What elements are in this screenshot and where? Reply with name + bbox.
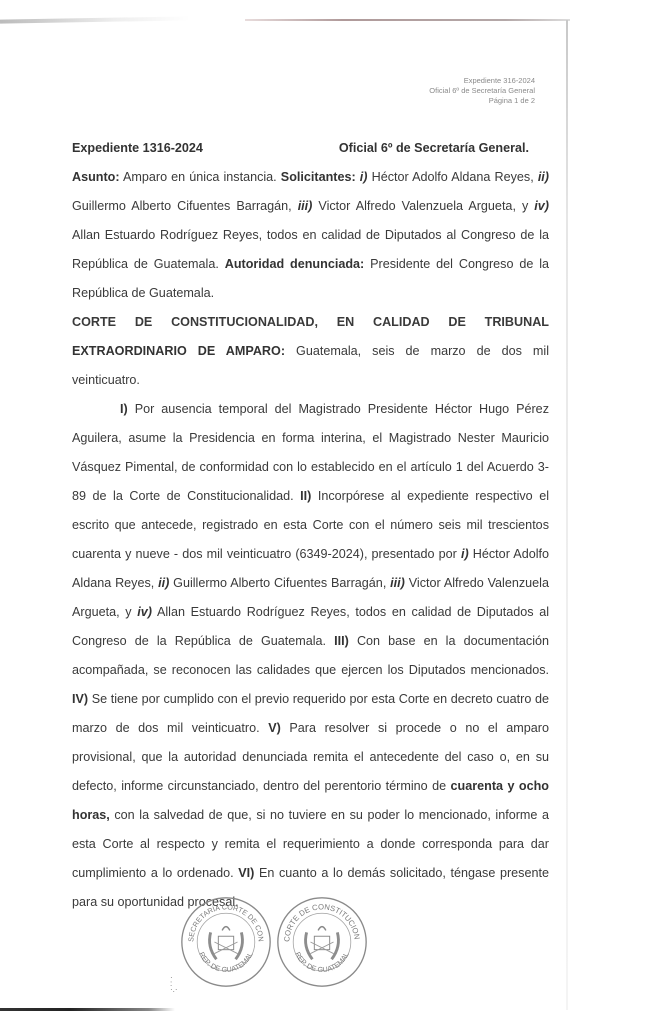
solicitante-1: Héctor Adolfo Aldana Reyes, — [368, 170, 538, 184]
section-IV-label: IV) — [72, 692, 88, 706]
resolution-paragraph: I) Por ausencia temporal del Magistrado … — [72, 395, 549, 917]
name-2: Guillermo Alberto Cifuentes Barragán, — [169, 576, 390, 590]
solicitantes-label: Solicitantes: — [281, 170, 356, 184]
enum-iii: iii) — [390, 576, 405, 590]
document-body: Expediente 1316-2024 Oficial 6º de Secre… — [72, 134, 549, 917]
corte-stamp-icon: CORTE DE CONSTITUCIONALIDAD REP. DE GUAT… — [274, 894, 370, 990]
page-header-meta: Expediente 316-2024 Oficial 6º de Secret… — [429, 76, 535, 106]
enum-ii: ii) — [158, 576, 169, 590]
court-title-line2: EXTRAORDINARIO DE AMPARO: Guatemala, sei… — [72, 337, 549, 395]
heading-expediente: Expediente 1316-2024 — [72, 134, 203, 163]
enum-iv: iv) — [137, 605, 152, 619]
section-VI-label: VI) — [238, 866, 254, 880]
enum-iv: iv) — [534, 199, 549, 213]
enum-iii: iii) — [298, 199, 313, 213]
solicitante-3: Victor Alfredo Valenzuela Argueta, y — [312, 199, 534, 213]
meta-oficial: Oficial 6º de Secretaría General — [429, 86, 535, 96]
page-right-edge — [566, 20, 568, 1010]
asunto-label: Asunto: — [72, 170, 120, 184]
court-title-line1: CORTE DE CONSTITUCIONALIDAD, EN CALIDAD … — [72, 308, 549, 337]
solicitante-2: Guillermo Alberto Cifuentes Barragán, — [72, 199, 298, 213]
document-heading: Expediente 1316-2024 Oficial 6º de Secre… — [72, 134, 549, 163]
court-title-bold: EXTRAORDINARIO DE AMPARO: — [72, 344, 285, 358]
section-II-label: II) — [300, 489, 311, 503]
section-V-label: V) — [268, 721, 281, 735]
section-I-text: Por ausencia temporal del Magistrado Pre… — [72, 402, 549, 503]
heading-oficial: Oficial 6º de Secretaría General. — [339, 134, 529, 163]
enum-i: i) — [461, 547, 469, 561]
section-I-label: I) — [120, 402, 128, 416]
enum-ii: ii) — [538, 170, 549, 184]
page-bottom-edge — [0, 1008, 175, 1011]
secretaria-stamp-icon: SECRETARÍA CORTE DE CONSTITUCIONALIDAD R… — [178, 894, 274, 990]
asunto-paragraph: Asunto: Amparo en única instancia. Solic… — [72, 163, 549, 308]
svg-text:CORTE DE CONSTITUCIONALIDAD: CORTE DE CONSTITUCIONALIDAD — [274, 894, 362, 942]
meta-pagina: Página 1 de 2 — [429, 96, 535, 106]
page-top-edge — [245, 19, 570, 21]
page-fold-edge — [0, 16, 190, 23]
autoridad-label: Autoridad denunciada: — [225, 257, 365, 271]
section-III-label: III) — [334, 634, 349, 648]
ink-specks: ·:·.· — [170, 975, 178, 993]
svg-text:SECRETARÍA CORTE DE CONSTITUCI: SECRETARÍA CORTE DE CONSTITUCIONALIDAD — [178, 894, 266, 942]
official-stamps: SECRETARÍA CORTE DE CONSTITUCIONALIDAD R… — [178, 894, 370, 990]
asunto-text: Amparo en única instancia. — [120, 170, 281, 184]
enum-i: i) — [360, 170, 368, 184]
meta-expediente: Expediente 316-2024 — [429, 76, 535, 86]
